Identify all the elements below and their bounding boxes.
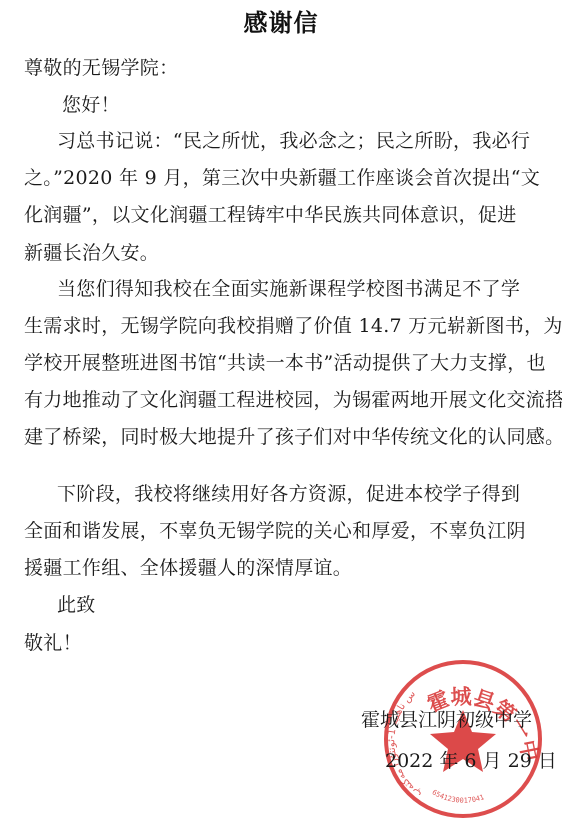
paragraph-line: 生需求时，无锡学院向我校捐赠了价值 14.7 万元崭新图书，为 xyxy=(24,313,562,339)
paragraph-line: 当您们得知我校在全面实施新课程学校图书满足不了学 xyxy=(57,276,520,302)
closing-ci-zhi: 此致 xyxy=(57,592,96,618)
paragraph-line: 新疆长治久安。 xyxy=(24,240,159,266)
greeting: 您好！ xyxy=(62,92,120,118)
paragraph-line: 下阶段，我校将继续用好各方资源，促进本校学子得到 xyxy=(57,481,520,507)
paragraph-line: 之。”2020 年 9 月，第三次中央新疆工作座谈会首次提出“文 xyxy=(24,165,540,191)
paragraph-line: 学校开展整班进图书馆“共读一本书”活动提供了大力支撑，也 xyxy=(24,350,546,376)
svg-text:6541230017041: 6541230017041 xyxy=(431,788,486,804)
paragraph-line: 化润疆”，以文化润疆工程铸牢中华民族共同体意识，促进 xyxy=(24,202,517,228)
salutation: 尊敬的无锡学院： xyxy=(24,55,178,81)
paragraph-line: 有力地推动了文化润疆工程进校园，为锡霍两地开展文化交流搭 xyxy=(24,387,562,413)
signature-date: 2022 年 6 月 29 日 xyxy=(385,748,557,774)
paragraph-line: 建了桥梁，同时极大地提升了孩子们对中华传统文化的认同感。 xyxy=(24,424,562,450)
paragraph-line: 全面和谐发展，不辜负无锡学院的关心和厚爱，不辜负江阴 xyxy=(24,518,526,544)
letter-title: 感谢信 xyxy=(0,6,562,40)
official-seal-stamp: 霍城县第一中学 قورغاس ناھىيە 1-ئوتتۇرا مەكتەپ 6… xyxy=(382,658,544,820)
paragraph-line: 习总书记说：“民之所忧，我必念之；民之所盼，我必行 xyxy=(57,128,530,154)
seal-number: 6541230017041 xyxy=(431,788,486,804)
signature-school: 霍城县江阴初级中学 xyxy=(361,707,532,733)
paragraph-line: 援疆工作组、全体援疆人的深情厚谊。 xyxy=(24,555,352,581)
closing-jing-li: 敬礼！ xyxy=(24,630,82,656)
